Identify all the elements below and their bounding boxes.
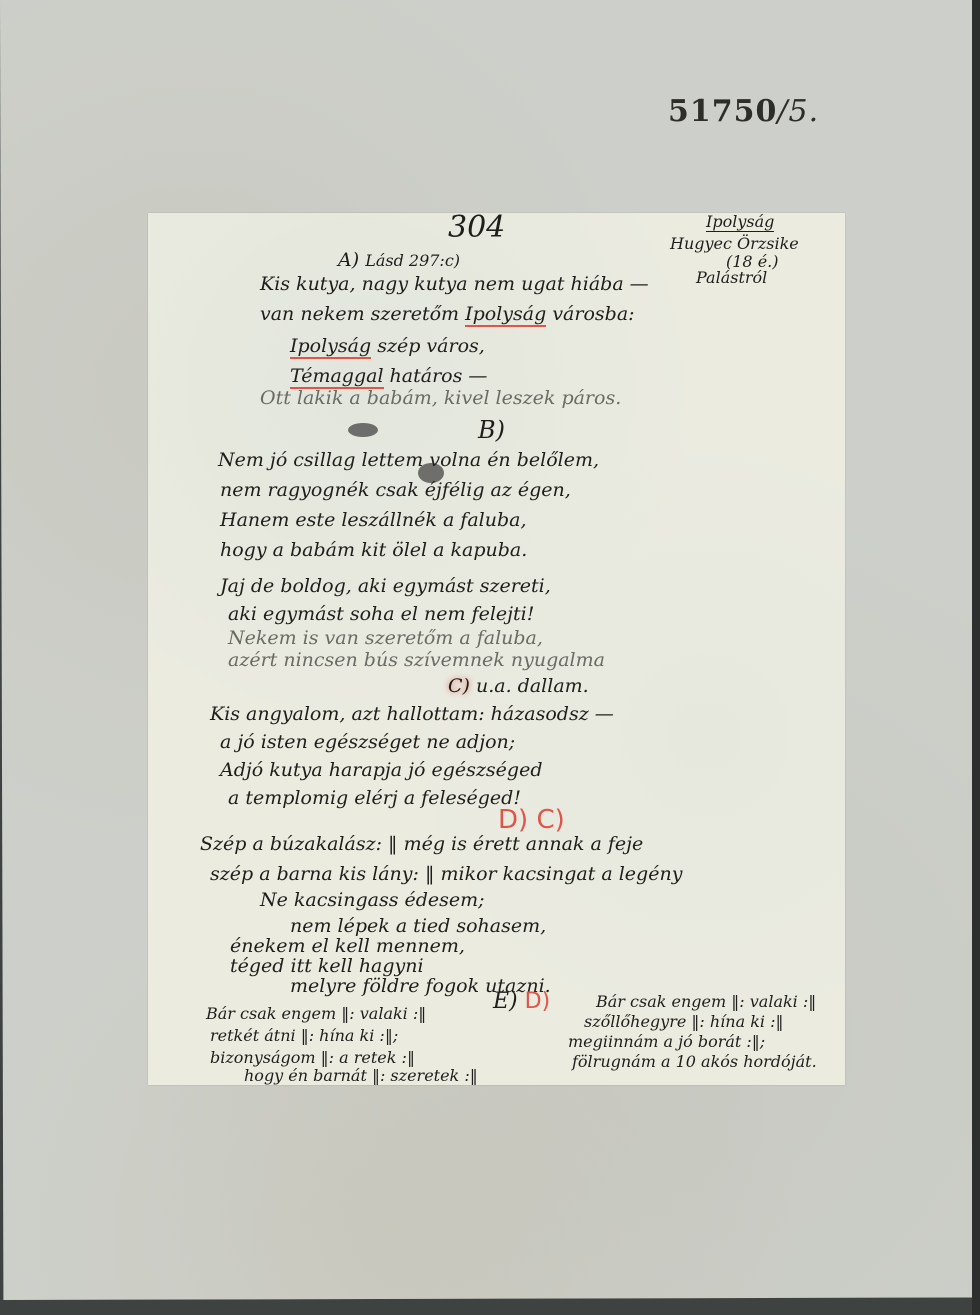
section-c-note: u.a. dallam. xyxy=(476,675,589,697)
verse-line: a jó isten egészséget ne adjon; xyxy=(220,731,515,753)
verse-line: énekem el kell mennem, xyxy=(230,935,465,957)
verse-line: Jaj de boldog, aki egymást szereti, xyxy=(220,575,551,597)
section-a-label: A) xyxy=(338,249,359,271)
scan-edge xyxy=(972,0,980,1315)
verse-line: aki egymást soha el nem felejti! xyxy=(228,603,534,625)
verse-line: szép a barna kis lány: ‖ mikor kacsingat… xyxy=(210,863,682,885)
verse-line: Ipolyság szép város, xyxy=(290,335,485,357)
verse-line: Kis angyalom, azt hallottam: házasodsz — xyxy=(210,703,614,725)
verse-line: Nem jó csillag lettem volna én belőlem, xyxy=(218,449,599,471)
section-a-heading: A) Lásd 297:c) xyxy=(338,249,460,272)
verse-line: hogy a babám kit ölel a kapuba. xyxy=(220,539,527,561)
verse-line-right: Bár csak engem ‖: valaki :‖ xyxy=(596,991,816,1013)
verse-line: Ne kacsingass édesem; xyxy=(260,889,485,911)
archive-number-suffix: /5. xyxy=(777,94,819,129)
verse-line: Témaggal határos — xyxy=(290,365,487,387)
section-a-reference: Lásd 297:c) xyxy=(365,251,460,270)
verse-line: azért nincsen bús szívemnek nyugalma xyxy=(228,649,605,671)
section-e-label: E) D) xyxy=(493,991,550,1013)
verse-line-right: megiinnám a jó borát :‖; xyxy=(568,1031,765,1053)
verse-line: Hanem este leszállnék a faluba, xyxy=(220,509,527,531)
meta-place: Ipolyság xyxy=(706,211,774,233)
verse-line: van nekem szeretőm Ipolyság városba: xyxy=(260,303,635,325)
verse-line: téged itt kell hagyni xyxy=(230,955,424,977)
verse-line: nem ragyognék csak éjfélig az égen, xyxy=(220,479,571,501)
verse-line-left: hogy én barnát ‖: szeretek :‖ xyxy=(244,1065,478,1087)
archive-number: 51750/5. xyxy=(668,94,819,129)
archive-number-main: 51750 xyxy=(668,94,777,129)
verse-line: Kis kutya, nagy kutya nem ugat hiába — xyxy=(260,273,649,295)
manuscript-sheet: 304 Ipolyság Hugyec Örzsike (18 é.) Palá… xyxy=(148,213,845,1085)
song-number: 304 xyxy=(448,217,505,239)
verse-line: Ott lakik a babám, kivel leszek páros. xyxy=(260,387,621,409)
verse-line-right: fölrugnám a 10 akós hordóját. xyxy=(572,1051,817,1073)
verse-line: Adjó kutya harapja jó egészséged xyxy=(220,759,542,781)
section-b-label: B) xyxy=(478,419,505,441)
verse-line-right: szőllőhegyre ‖: hína ki :‖ xyxy=(584,1011,784,1033)
verse-line-left: Bár csak engem ‖: valaki :‖ xyxy=(206,1003,426,1025)
section-c-heading: C) u.a. dallam. xyxy=(448,675,589,697)
section-d-label: D) C) xyxy=(498,809,565,831)
ink-blot xyxy=(348,423,378,437)
verse-line-left: retkét átni ‖: hína ki :‖; xyxy=(210,1025,398,1047)
meta-from: Palástról xyxy=(696,267,767,289)
section-c-label: C) xyxy=(448,675,470,697)
verse-line: a templomig elérj a feleséged! xyxy=(228,787,521,809)
verse-line: Szép a búzakalász: ‖ még is érett annak … xyxy=(200,833,643,855)
verse-line: nem lépek a tied sohasem, xyxy=(290,915,546,937)
verse-line: Nekem is van szeretőm a faluba, xyxy=(228,627,543,649)
